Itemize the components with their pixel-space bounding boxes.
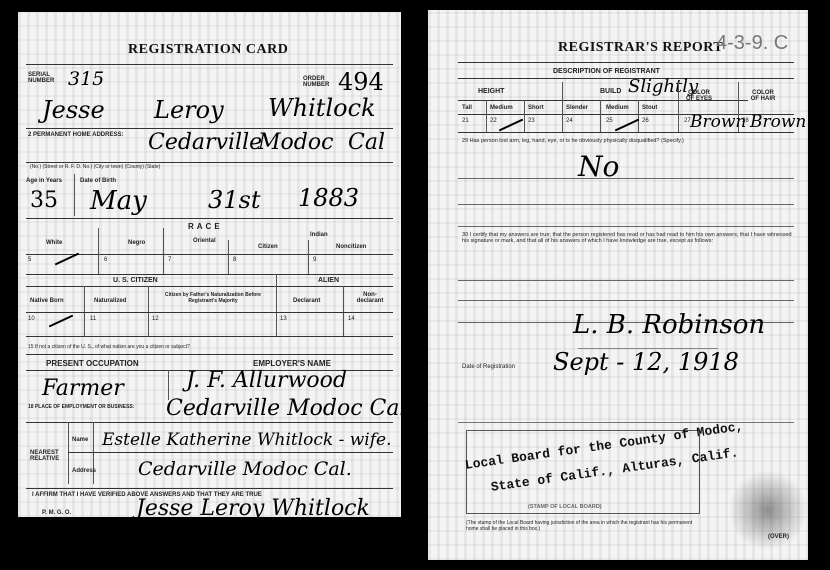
- height-medium-checkmark: [499, 119, 523, 132]
- race-noncitizen-label: Noncitizen: [336, 244, 366, 250]
- first-name: Jesse: [42, 96, 105, 124]
- dob-day: 31st: [208, 186, 261, 214]
- footer-code: (OVER): [768, 534, 789, 540]
- naturalized-label: Naturalized: [94, 298, 126, 304]
- description-heading: DESCRIPTION OF REGISTRANT: [553, 68, 660, 75]
- race-oriental-label: Oriental: [193, 238, 216, 244]
- report-title: REGISTRAR'S REPORT: [558, 40, 723, 56]
- occupation-label: PRESENT OCCUPATION: [46, 359, 139, 368]
- address-sublabel: (No.) (Street or R. F. D. No.) (City or …: [30, 164, 160, 170]
- citizen-by-father-label: Citizen by Father's Naturalization Befor…: [153, 292, 273, 304]
- registrars-report: REGISTRAR'S REPORT 4-3-9. C DESCRIPTION …: [428, 10, 808, 560]
- q15-label: 15 If not a citizen of the U. S., of wha…: [28, 344, 190, 350]
- eye-color: Brown: [690, 112, 746, 132]
- date-label: Date of Registration: [462, 364, 515, 370]
- relative-name-value: Estelle Katherine Whitlock - wife.: [102, 430, 392, 450]
- native-born-checkmark: [49, 315, 73, 328]
- serial-number: 315: [68, 68, 104, 90]
- indian-label: Indian: [310, 232, 328, 238]
- form-id: P. M. G. O.: [42, 510, 71, 516]
- non-declarant-label: Non-declarant: [350, 292, 390, 304]
- address-county: Modoc: [258, 130, 333, 155]
- order-number: 494: [338, 68, 384, 96]
- age-label: Age in Years: [26, 178, 62, 184]
- declarant-label: Declarant: [293, 298, 320, 304]
- employer-label: EMPLOYER'S NAME: [253, 359, 331, 368]
- dob-month: May: [90, 186, 147, 216]
- order-label: ORDER NUMBER: [303, 76, 329, 88]
- file-code: 4-3-9. C: [716, 32, 788, 55]
- age-value: 35: [30, 188, 58, 213]
- address-state: Cal: [348, 130, 385, 155]
- race-negro-label: Negro: [128, 240, 145, 246]
- registration-card: REGISTRATION CARD SERIAL NUMBER 315 ORDE…: [18, 12, 401, 517]
- race-heading: RACE: [188, 222, 223, 231]
- height-label: HEIGHT: [478, 88, 504, 95]
- employer-value: J. F. Allurwood: [186, 368, 347, 393]
- native-born-label: Native Born: [30, 298, 64, 304]
- dob-year: 1883: [298, 184, 359, 212]
- nearest-relative-label: NEAREST RELATIVE: [30, 450, 70, 462]
- hair-color: Brown: [750, 112, 806, 132]
- build-label: BUILD: [600, 88, 621, 95]
- dob-label: Date of Birth: [80, 178, 116, 184]
- build-medium-checkmark: [615, 119, 639, 132]
- relative-address-label: Address: [72, 468, 96, 474]
- us-citizen-heading: U. S. CITIZEN: [113, 277, 158, 284]
- alien-heading: ALIEN: [318, 277, 339, 284]
- race-white-label: White: [46, 240, 62, 246]
- relative-name-label: Name: [72, 437, 88, 443]
- race-citizen-label: Citizen: [258, 244, 278, 250]
- color-hair-label: COLOR OF HAIR: [748, 90, 778, 102]
- serial-label: SERIAL NUMBER: [28, 72, 54, 84]
- q30-text: 30 I certify that my answers are true; t…: [462, 232, 800, 244]
- place-employment-label: 18 PLACE OF EMPLOYMENT OR BUSINESS:: [28, 404, 134, 410]
- card-title: REGISTRATION CARD: [128, 42, 288, 58]
- stamp-note: (The stamp of the Local Board having jur…: [466, 520, 706, 532]
- q29-text: 29 Has person lost arm, leg, hand, eye, …: [462, 138, 792, 144]
- middle-name: Leroy: [154, 96, 224, 124]
- relative-address-value: Cedarville Modoc Cal.: [138, 458, 352, 480]
- last-name: Whitlock: [268, 94, 376, 122]
- registration-date: Sept - 12, 1918: [553, 348, 739, 376]
- permanent-address-label: 2 PERMANENT HOME ADDRESS:: [28, 132, 123, 138]
- place-employment-value: Cedarville Modoc Cal: [166, 396, 401, 421]
- registrar-signature: L. B. Robinson: [573, 310, 765, 340]
- occupation-value: Farmer: [42, 376, 124, 401]
- address-city: Cedarville: [148, 130, 262, 155]
- stamp-caption: (STAMP OF LOCAL BOARD): [528, 504, 602, 510]
- registrant-signature: Jesse Leroy Whitlock: [136, 496, 370, 517]
